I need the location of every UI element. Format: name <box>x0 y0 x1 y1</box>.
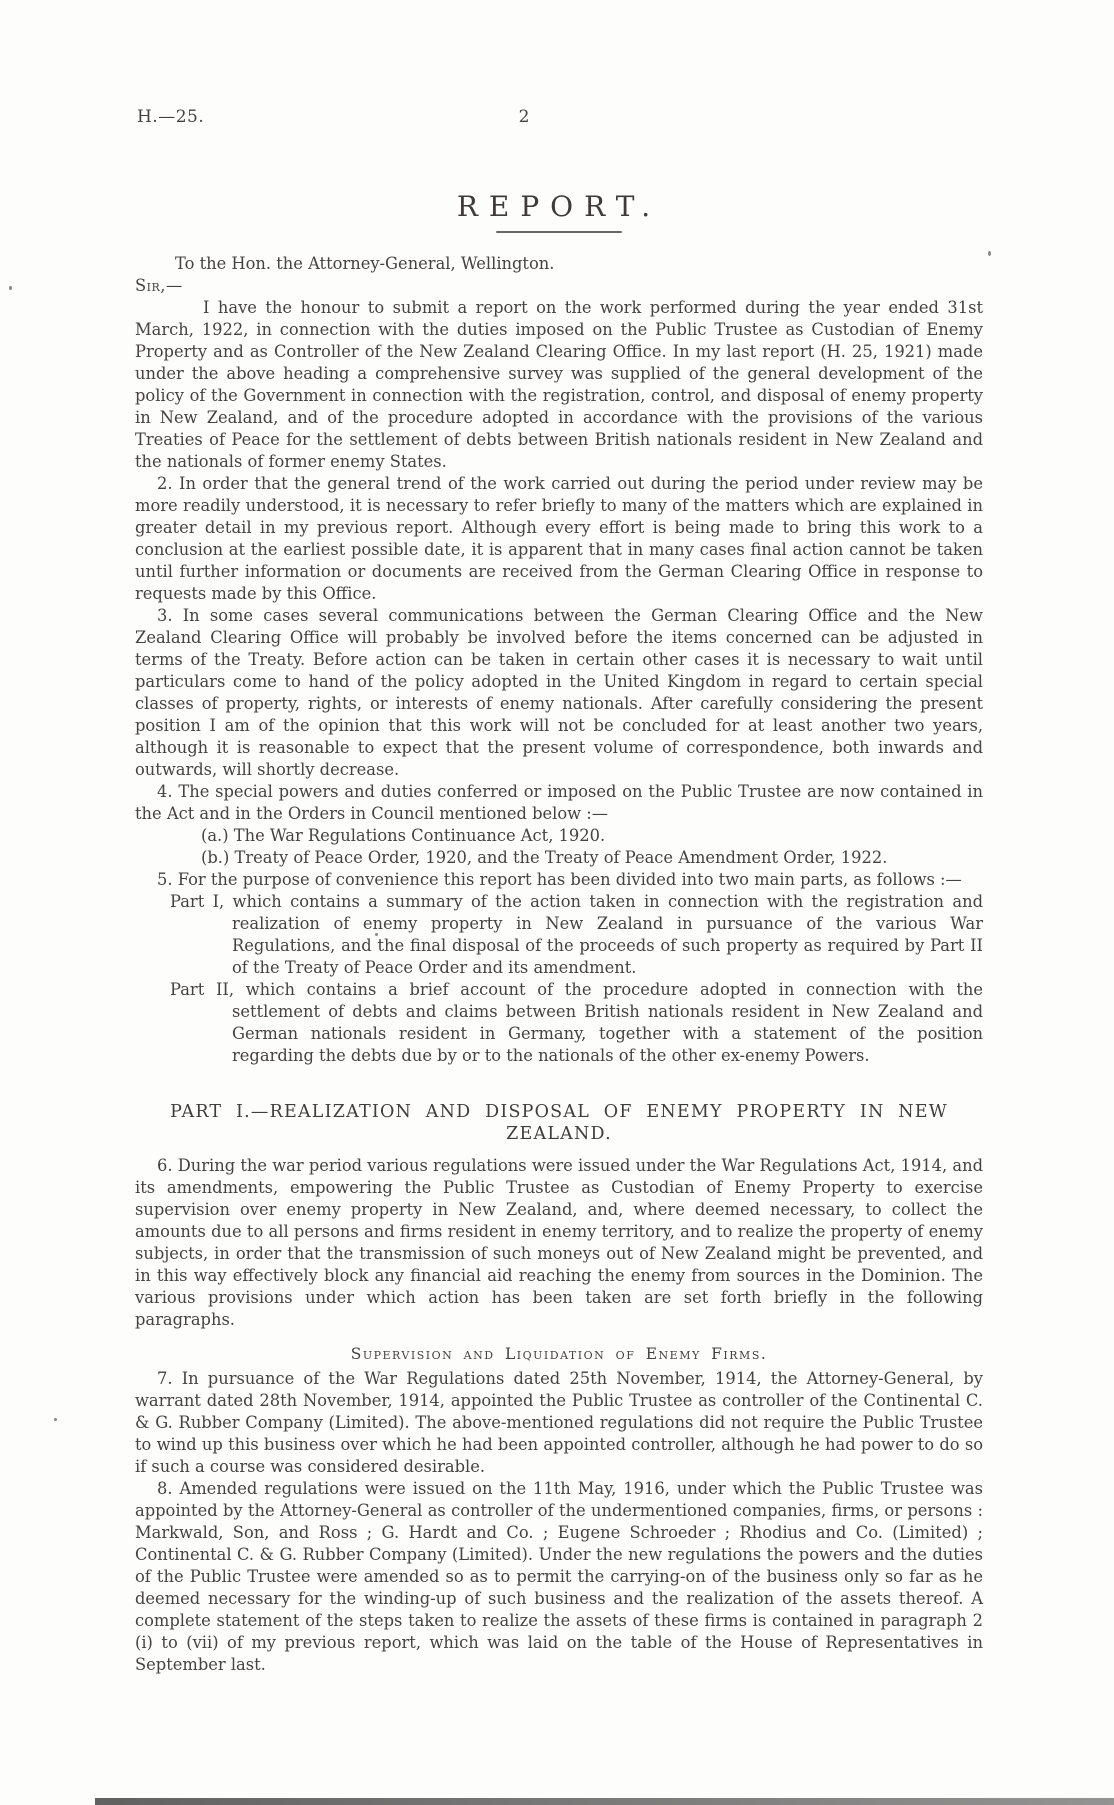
report-page: H.—25. 2 REPORT. To the Hon. the Attorne… <box>0 0 1114 1805</box>
paragraph-3: 3. In some cases several communications … <box>135 605 983 781</box>
text-block: H.—25. 2 REPORT. To the Hon. the Attorne… <box>135 0 983 1676</box>
salutation: Sir,— <box>135 275 983 297</box>
supervision-section-heading: Supervision and Liquidation of Enemy Fir… <box>135 1343 983 1365</box>
page-header: H.—25. 2 <box>135 106 983 130</box>
ink-speck <box>988 251 991 256</box>
paragraph-2: 2. In order that the general trend of th… <box>135 473 983 605</box>
paragraph-5: 5. For the purpose of convenience this r… <box>135 869 983 891</box>
page-number: 2 <box>135 106 913 128</box>
part-1-summary: Part I, which contains a summary of the … <box>232 891 983 979</box>
ink-speck <box>375 933 378 936</box>
report-title: REPORT. <box>135 196 983 218</box>
order-item-b: (b.) Treaty of Peace Order, 1920, and th… <box>201 847 983 869</box>
part-1-heading: PART I.—REALIZATION AND DISPOSAL OF ENEM… <box>135 1101 983 1145</box>
addressee-line: To the Hon. the Attorney-General, Wellin… <box>135 253 983 275</box>
paragraph-1: I have the honour to submit a report on … <box>135 297 983 473</box>
paragraph-7: 7. In pursuance of the War Regulations d… <box>135 1368 983 1478</box>
order-item-a: (a.) The War Regulations Continuance Act… <box>201 825 983 847</box>
paragraph-4: 4. The special powers and duties conferr… <box>135 781 983 825</box>
ink-speck <box>9 286 12 290</box>
part-2-summary: Part II, which contains a brief account … <box>232 979 983 1067</box>
scan-edge-artifact <box>95 1798 1114 1805</box>
title-rule <box>496 231 622 233</box>
paragraph-8: 8. Amended regulations were issued on th… <box>135 1478 983 1676</box>
ink-speck <box>54 1418 57 1421</box>
paragraph-6: 6. During the war period various regulat… <box>135 1155 983 1331</box>
